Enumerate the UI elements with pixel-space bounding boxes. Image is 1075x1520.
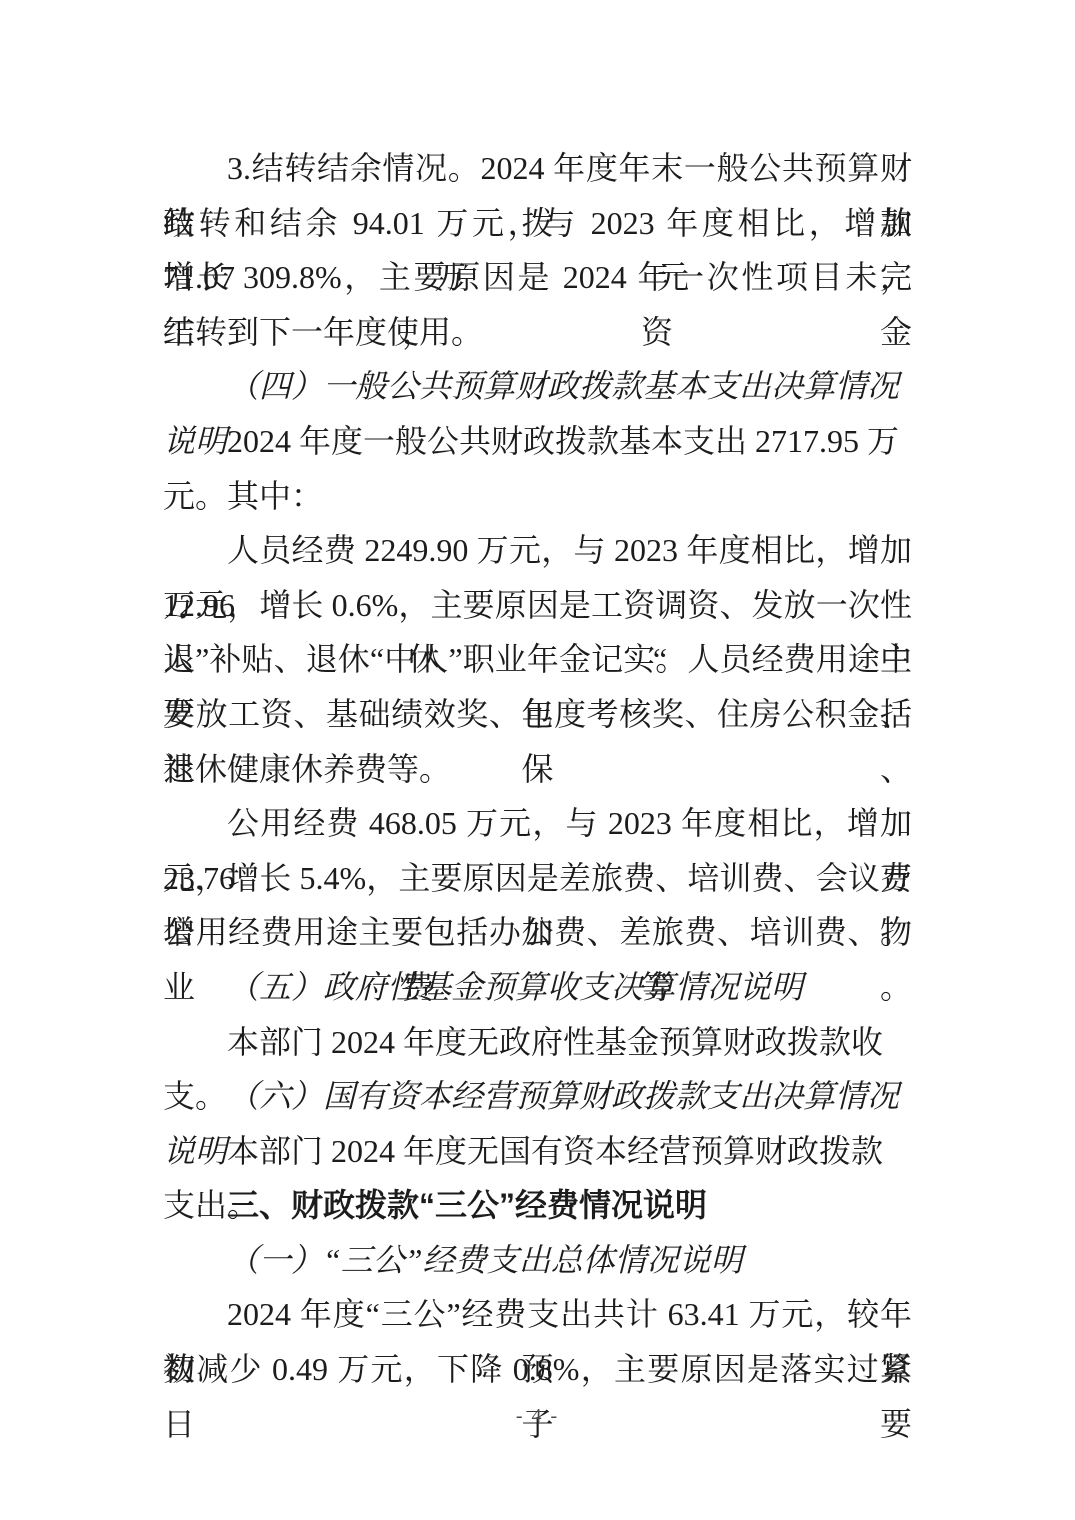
paragraph-line: 万元，增长 0.6%，主要原因是工资调资、发放一次性退休“中 [163,578,912,633]
page-number: - 4 - [0,1405,1075,1428]
document-page: 3.结转结余情况。2024 年度年末一般公共预算财政拨款 结转和结余 94.01… [0,0,1075,1520]
paragraph-line: 本部门 2024 年度无国有资本经营预算财政拨款支出。 [163,1124,912,1179]
paragraph-line: 2024 年度一般公共财政拨款基本支出 2717.95 万元。 [163,414,912,469]
document-body: 3.结转结余情况。2024 年度年末一般公共预算财政拨款 结转和结余 94.01… [163,141,912,1397]
paragraph-line: 本部门 2024 年度无政府性基金预算财政拨款收支。 [163,1015,912,1070]
paragraph-line: 2024 年度“三公”经费支出共计 63.41 万元，较年初预算 [163,1287,912,1342]
paragraph-line: 人”补贴、退休“中人”职业年金记实。人员经费用途主要包括 [163,632,912,687]
paragraph-line: 结转和结余 94.01 万元，与 2023 年度相比，增加 71.07 万元， [163,196,912,251]
paragraph-line: 发放工资、基础绩效奖、年度考核奖、住房公积金、社保、 [163,687,912,742]
paragraph-line: 元，增长 5.4%，主要原因是差旅费、培训费、会议费增加。 [163,851,912,906]
heading-subsection-1: （一）“三公”经费支出总体情况说明 [163,1233,912,1288]
paragraph-line: 数减少 0.49 万元，下降 0.8%，主要原因是落实过紧日子要 [163,1342,912,1397]
paragraph-line: 人员经费 2249.90 万元，与 2023 年度相比，增加 12.96 [163,523,912,578]
paragraph-line: 其中： [163,469,912,524]
heading-section-6: （六）国有资本经营预算财政拨款支出决算情况说明 [163,1069,912,1124]
heading-section-4: （四）一般公共预算财政拨款基本支出决算情况说明 [163,359,912,414]
paragraph-line: 公用经费用途主要包括办公费、差旅费、培训费、物业费等。 [163,905,912,960]
paragraph-line: 增长 309.8%，主要原因是 2024 年一次性项目未完工，资金 [163,250,912,305]
heading-part-3: 三、财政拨款“三公”经费情况说明 [163,1178,912,1233]
paragraph-line: 公用经费 468.05 万元，与 2023 年度相比，增加 23.76 万 [163,796,912,851]
heading-section-5: （五）政府性基金预算收支决算情况说明 [163,960,912,1015]
paragraph-line: 3.结转结余情况。2024 年度年末一般公共预算财政拨款 [163,141,912,196]
